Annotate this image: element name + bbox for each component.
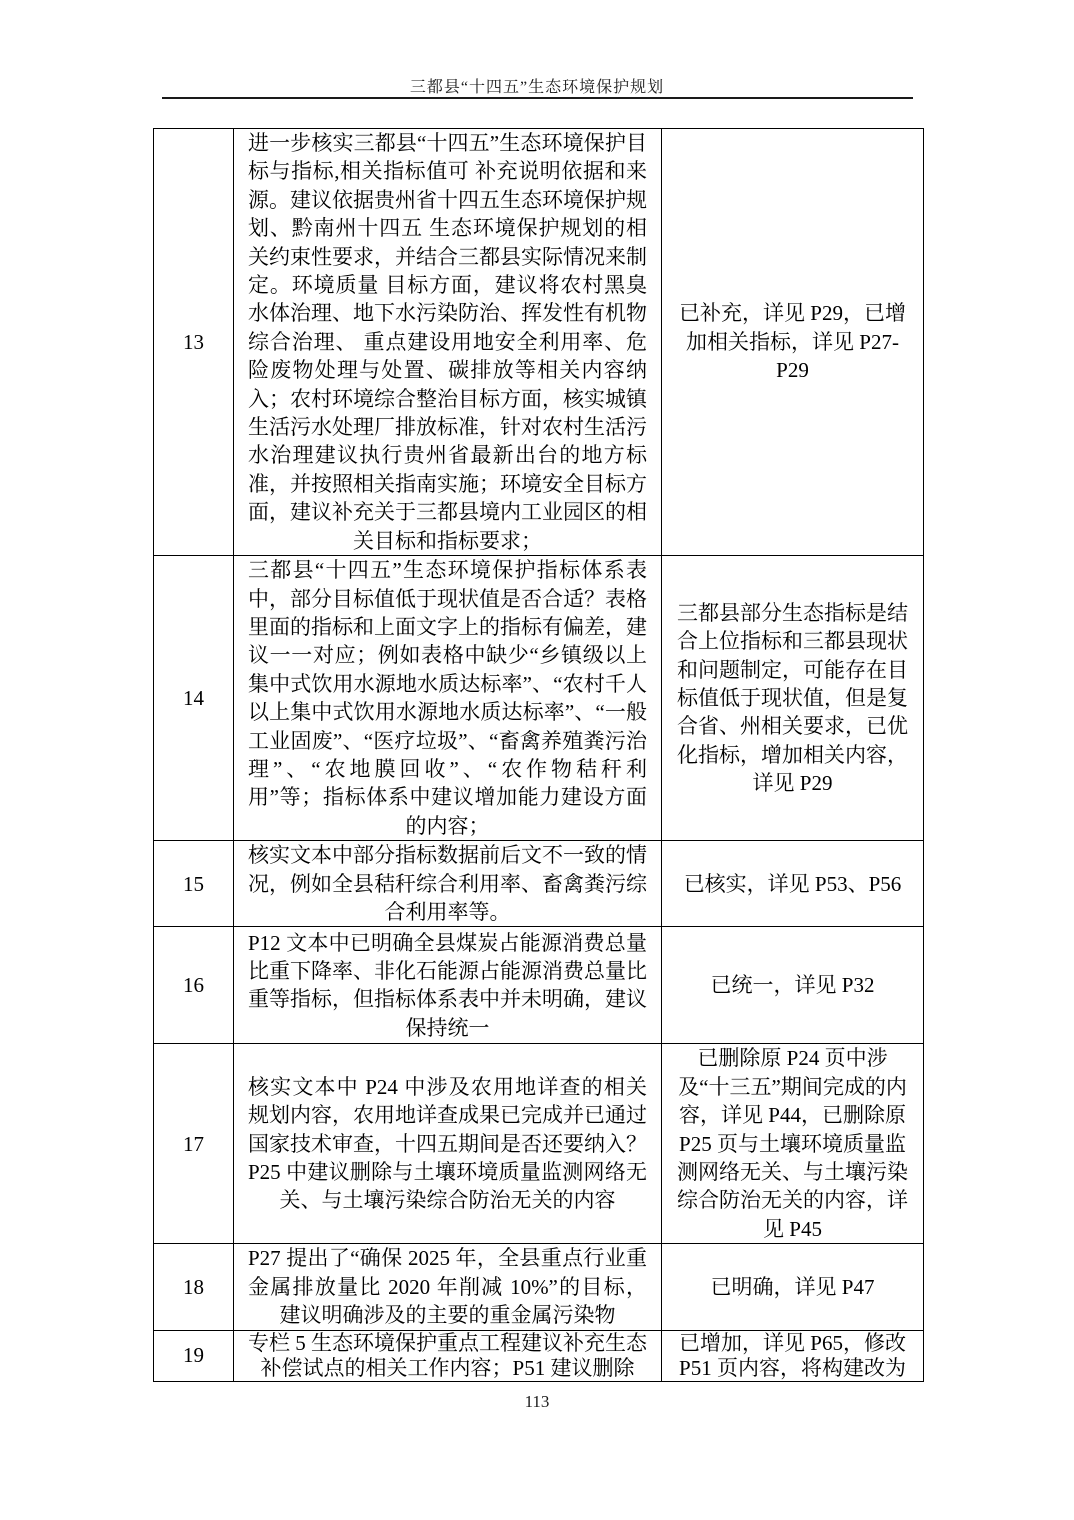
row-number-cell: 18 [154,1244,234,1330]
issue-cell: 三都县“十四五”生态环境保护指标体系表中，部分目标值低于现状值是否合适？表格里面… [234,556,662,841]
row-number-cell: 15 [154,841,234,927]
issue-cell: P12 文本中已明确全县煤炭占能源消费总量比重下降率、非化石能源占能源消费总量比… [234,927,662,1044]
issue-cell: 进一步核实三都县“十四五”生态环境保护目标与指标,相关指标值可 补充说明依据和来… [234,129,662,556]
row-number-cell: 17 [154,1044,234,1244]
table-row: 14三都县“十四五”生态环境保护指标体系表中，部分目标值低于现状值是否合适？表格… [154,556,924,841]
issue-cell: P27 提出了“确保 2025 年，全县重点行业重金属排放量比 2020 年削减… [234,1244,662,1330]
response-cell: 已删除原 P24 页中涉及“十三五”期间完成的内容，详见 P44，已删除原 P2… [662,1044,924,1244]
table-row: 18P27 提出了“确保 2025 年，全县重点行业重金属排放量比 2020 年… [154,1244,924,1330]
table-row: 16P12 文本中已明确全县煤炭占能源消费总量比重下降率、非化石能源占能源消费总… [154,927,924,1044]
document-page: 三都县“十四五”生态环境保护规划 13进一步核实三都县“十四五”生态环境保护目标… [0,0,1074,1520]
review-comments-table: 13进一步核实三都县“十四五”生态环境保护目标与指标,相关指标值可 补充说明依据… [153,128,924,1382]
response-cell: 已统一，详见 P32 [662,927,924,1044]
table-row: 13进一步核实三都县“十四五”生态环境保护目标与指标,相关指标值可 补充说明依据… [154,129,924,556]
page-header-title: 三都县“十四五”生态环境保护规划 [0,74,1074,97]
response-cell: 已补充，详见 P29，已增加相关指标，详见 P27-P29 [662,129,924,556]
issue-cell: 核实文本中部分指标数据前后文不一致的情况，例如全县秸秆综合利用率、畜禽粪污综合利… [234,841,662,927]
response-cell: 三都县部分生态指标是结合上位指标和三都县现状和问题制定，可能存在目标值低于现状值… [662,556,924,841]
table-row: 15核实文本中部分指标数据前后文不一致的情况，例如全县秸秆综合利用率、畜禽粪污综… [154,841,924,927]
row-number-cell: 16 [154,927,234,1044]
row-number-cell: 13 [154,129,234,556]
footer-page-number: 113 [0,1392,1074,1412]
row-number-cell: 19 [154,1330,234,1381]
table-row: 17核实文本中 P24 中涉及农用地详查的相关规划内容，农用地详查成果已完成并已… [154,1044,924,1244]
table-row: 19专栏 5 生态环境保护重点工程建议补充生态补偿试点的相关工作内容；P51 建… [154,1330,924,1381]
row-number-cell: 14 [154,556,234,841]
issue-cell: 专栏 5 生态环境保护重点工程建议补充生态补偿试点的相关工作内容；P51 建议删… [234,1330,662,1381]
header-divider-rule [162,97,913,99]
response-cell: 已核实，详见 P53、P56 [662,841,924,927]
response-cell: 已增加，详见 P65，修改 P51 页内容，将构建改为 [662,1330,924,1381]
issue-cell: 核实文本中 P24 中涉及农用地详查的相关规划内容，农用地详查成果已完成并已通过… [234,1044,662,1244]
response-cell: 已明确，详见 P47 [662,1244,924,1330]
